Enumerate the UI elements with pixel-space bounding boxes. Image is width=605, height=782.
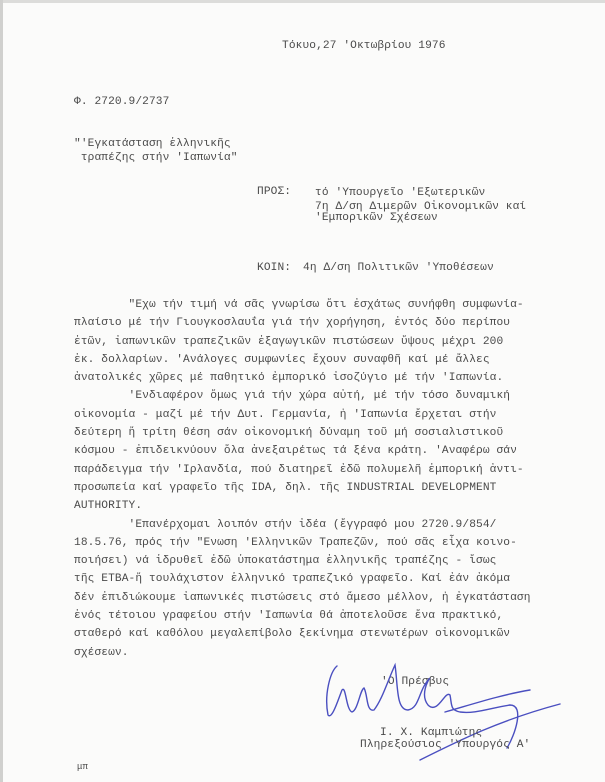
body-line: ἑκ. δολλαρίων. 'Ανάλογες συμφωνίες ἔχουν…: [74, 351, 531, 369]
typist-initials: μπ: [77, 761, 88, 774]
letter-page: Τόκυο,27 'Οκτωβρίου 1976 Φ. 2720.9/2737 …: [0, 0, 605, 782]
body-line: ἐτῶν, ἰαπωνικῶν τραπεζικῶν ἐξαγωγικῶν πι…: [74, 333, 531, 351]
body-line: ἑνός τέτοιου γραφείου στήν 'Ιαπωνία θά ἀ…: [74, 607, 531, 625]
signer: Ι. Χ. Καμπιώτης Πληρεξούσιος 'Υπουργός Α…: [360, 727, 530, 751]
cc-label: ΚΟΙΝ:: [257, 262, 291, 275]
dateline: Τόκυο,27 'Οκτωβρίου 1976: [282, 40, 446, 53]
subject: "'Εγκατάσταση ἑλληνικῆς τραπέζης στήν 'Ι…: [74, 137, 238, 165]
body-line: ποιήσει) νά ἱδρυθεῖ ἐδῶ ὑποκατάστημα ἑλλ…: [74, 552, 531, 570]
body-line: AUTHORITY.: [74, 497, 531, 515]
signer-name: Ι. Χ. Καμπιώτης: [380, 727, 482, 739]
body-line: δέν ἐπιδιώκουμε ἰαπωνικές πιστώσεις στό …: [74, 589, 531, 607]
signature: [300, 660, 600, 770]
body-line: πλαίσιο μέ τήν Γιουγκοσλαυΐα γιά τήν χορ…: [74, 314, 531, 332]
body-line: σταθερό καί καθόλου μεγαλεπίβολο ξεκίνημ…: [74, 625, 531, 643]
recipient-line: τό 'Υπουργεῖο 'Εξωτερικῶν: [315, 187, 485, 199]
letter-body: "Εχω τήν τιμή νά σᾶς γνωρίσω ὅτι ἐσχάτως…: [74, 296, 531, 662]
body-line: "Εχω τήν τιμή νά σᾶς γνωρίσω ὅτι ἐσχάτως…: [74, 296, 531, 314]
body-line: ἀνατολικές χῶρες μέ παθητικό ἐμπορικό ἰσ…: [74, 369, 531, 387]
recipient-line: 'Εμπορικῶν Σχέσεων: [315, 211, 526, 225]
body-line: τῆς ΕΤΒΑ-ἤ τουλάχιστον ἑλληνικό τραπεζικ…: [74, 570, 531, 588]
body-line: κόσμου - ἐπιδεικνύουν ὅλα ἀνεξαιρέτως τά…: [74, 442, 531, 460]
body-line: δεύτερη ἤ τρίτη θέση σάν οἰκονομική δύνα…: [74, 424, 531, 442]
reference-number: Φ. 2720.9/2737: [74, 96, 169, 109]
to-label: ΠΡΟΣ:: [257, 186, 291, 199]
body-line: 'Επανέρχομαι λοιπόν στήν ἰδέα (ἔγγραφό μ…: [74, 516, 531, 534]
body-line: παράδειγμα τήν 'Ιρλανδία, πού διατηρεῖ ἐ…: [74, 461, 531, 479]
cc-recipient: 4η Δ/ση Πολιτικῶν 'Υποθέσεων: [303, 262, 494, 275]
body-line: οἰκονομία - μαζί μέ τήν Δυτ. Γερμανία, ἡ…: [74, 406, 531, 424]
body-line: 'Ενδιαφέρον ὅμως γιά τήν χώρα αὐτή, μέ τ…: [74, 387, 531, 405]
body-line: προσωπεία καί γραφεῖο τῆς IDA, δηλ. τῆς …: [74, 479, 531, 497]
subject-line: τραπέζης στήν 'Ιαπωνία": [74, 152, 238, 164]
signer-title: Πληρεξούσιος 'Υπουργός Α': [360, 739, 530, 751]
body-line: 18.5.76, πρός τήν "Ενωση 'Ελληνικῶν Τραπ…: [74, 534, 531, 552]
subject-line: "'Εγκατάσταση ἑλληνικῆς: [74, 138, 231, 150]
recipient: τό 'Υπουργεῖο 'Εξωτερικῶν 7η Δ/ση Διμερῶ…: [315, 186, 526, 225]
